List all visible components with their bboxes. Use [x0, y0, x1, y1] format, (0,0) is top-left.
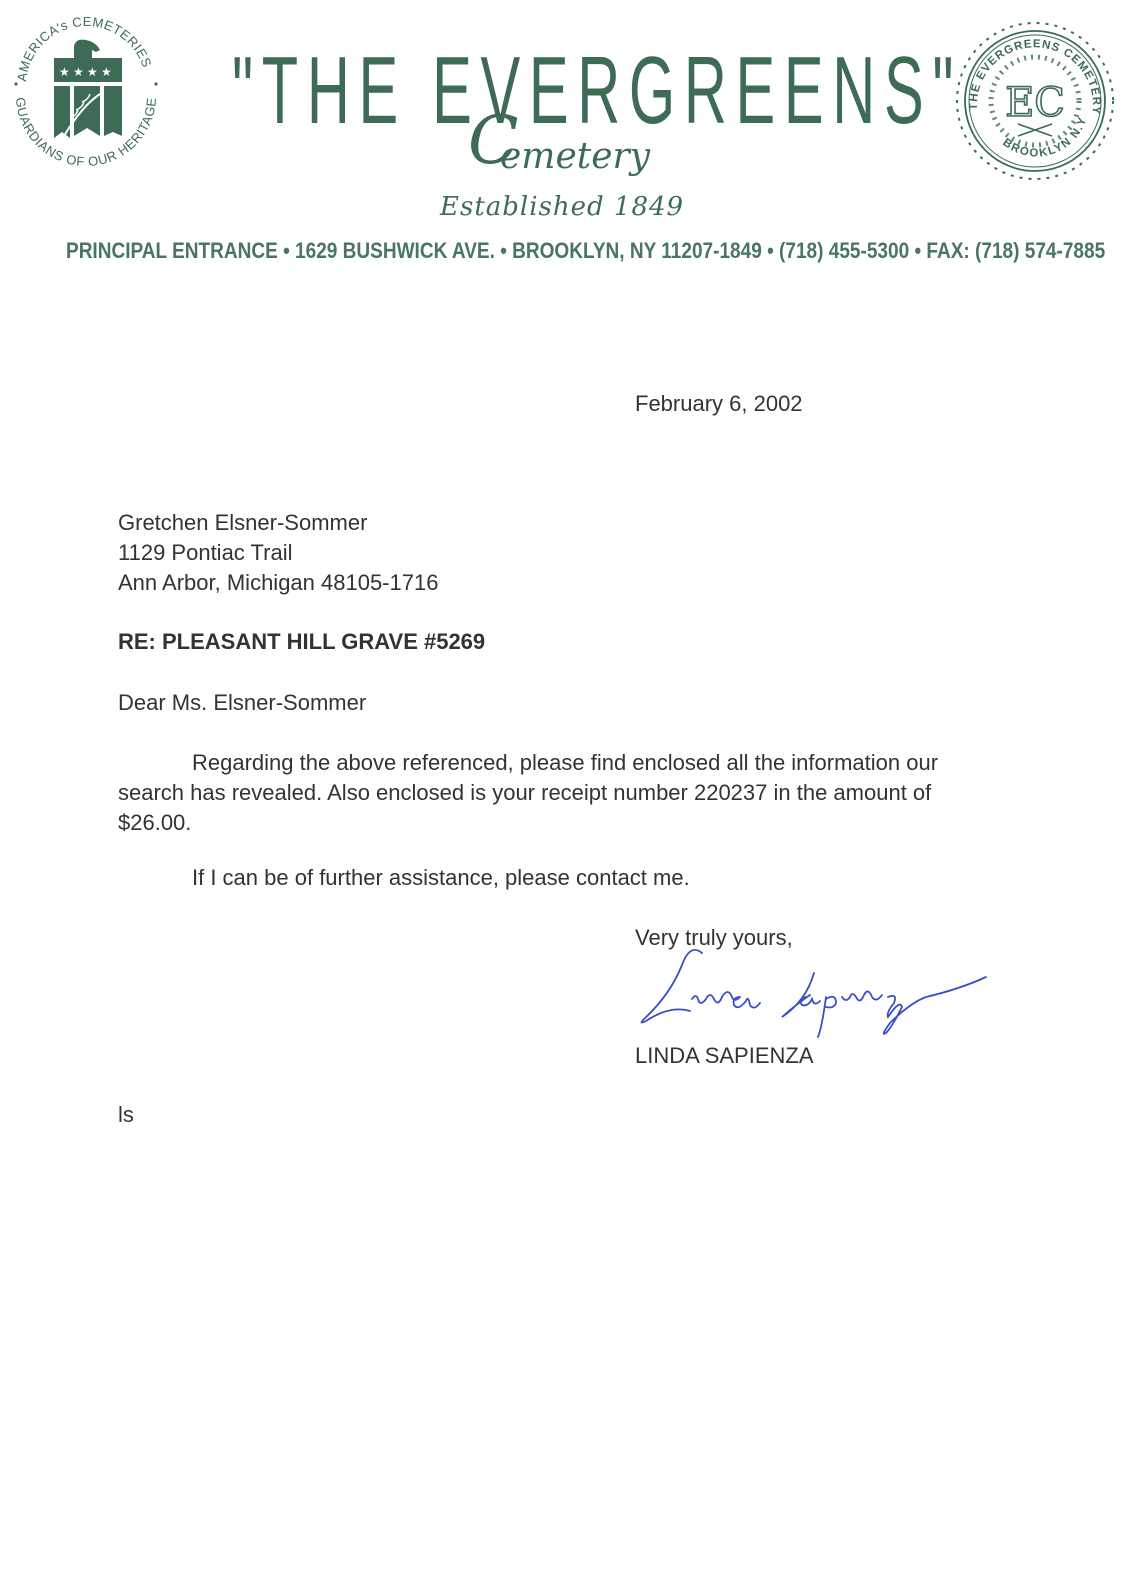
svg-text:EC: EC: [1005, 80, 1065, 126]
letterhead-address: PRINCIPAL ENTRANCE • 1629 BUSHWICK AVE. …: [66, 238, 983, 268]
svg-text:★: ★: [59, 65, 70, 79]
evergreens-cemetery-seal: THE EVERGREENS CEMETERY BROOKLYN N.Y. EC: [950, 16, 1120, 186]
signature-icon: [630, 945, 1000, 1045]
signer-name: LINDA SAPIENZA: [635, 1041, 814, 1071]
typist-initials: ls: [118, 1100, 134, 1130]
handwritten-signature: [630, 945, 1000, 1045]
letter-date: February 6, 2002: [635, 389, 803, 419]
salutation: Dear Ms. Elsner-Sommer: [118, 688, 366, 718]
recipient-city: Ann Arbor, Michigan 48105-1716: [118, 568, 438, 598]
established-tagline: Established 1849: [440, 192, 700, 228]
subject-line: RE: PLEASANT HILL GRAVE #5269: [118, 627, 485, 657]
svg-text:★: ★: [101, 65, 112, 79]
body-paragraph-2: If I can be of further assistance, pleas…: [118, 863, 690, 893]
recipient-street: 1129 Pontiac Trail: [118, 538, 292, 568]
recipient-name: Gretchen Elsner-Sommer: [118, 508, 367, 538]
letterhead-subtitle: C emetery: [470, 112, 670, 192]
svg-text:★: ★: [73, 65, 84, 79]
eagle-shield-icon: AMERICA's CEMETERIES GUARDIANS OF OUR HE…: [4, 6, 164, 176]
body-paragraph-2-text: If I can be of further assistance, pleas…: [192, 865, 690, 890]
body-paragraph-1-text: Regarding the above referenced, please f…: [118, 750, 938, 835]
monogram-seal-icon: THE EVERGREENS CEMETERY BROOKLYN N.Y. EC: [950, 16, 1120, 186]
subtitle-rest: emetery: [500, 136, 650, 177]
body-paragraph-1: Regarding the above referenced, please f…: [118, 748, 998, 838]
svg-text:★: ★: [87, 65, 98, 79]
americas-cemeteries-seal: AMERICA's CEMETERIES GUARDIANS OF OUR HE…: [4, 6, 164, 176]
